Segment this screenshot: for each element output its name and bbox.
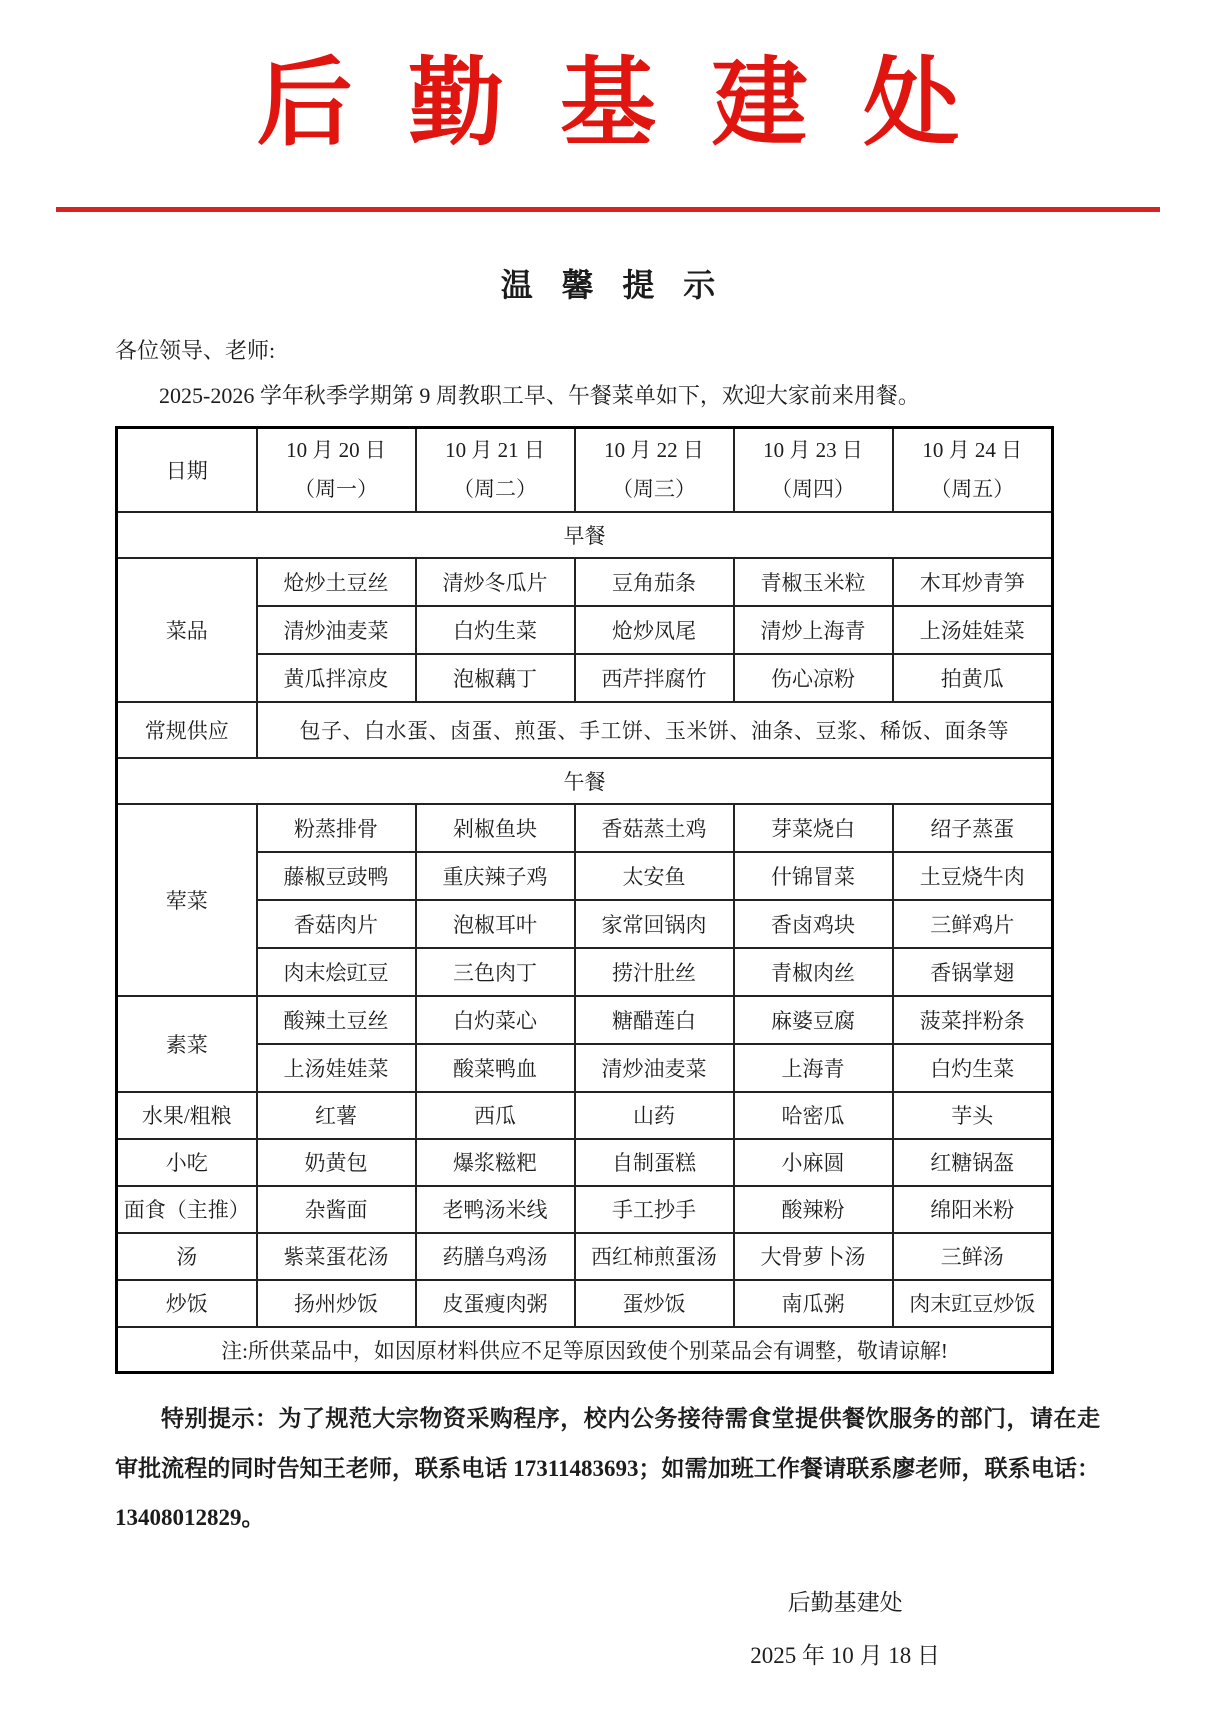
- menu-cell: 香锅掌翅: [893, 948, 1053, 996]
- day-cell: 10 月 24 日（周五）: [893, 427, 1053, 512]
- menu-cell: 捞汁肚丝: [575, 948, 734, 996]
- menu-cell: 泡椒耳叶: [416, 900, 575, 948]
- menu-cell: 炝炒凤尾: [575, 606, 734, 654]
- menu-cell: 大骨萝卜汤: [734, 1233, 893, 1280]
- menu-cell: 香卤鸡块: [734, 900, 893, 948]
- menu-cell: 三鲜鸡片: [893, 900, 1053, 948]
- menu-cell: 肉末豇豆炒饭: [893, 1280, 1053, 1327]
- menu-cell: 白灼生菜: [416, 606, 575, 654]
- menu-cell: 香菇蒸土鸡: [575, 804, 734, 852]
- special-notice: 特别提示：为了规范大宗物资采购程序，校内公务接待需食堂提供餐饮服务的部门，请在走…: [115, 1394, 1100, 1542]
- menu-cell: 自制蛋糕: [575, 1139, 734, 1186]
- document-page: 后勤基建处 温馨提示 各位领导、老师: 2025-2026 学年秋季学期第 9 …: [0, 0, 1216, 1709]
- notice-body: 各位领导、老师: 2025-2026 学年秋季学期第 9 周教职工早、午餐菜单如…: [115, 334, 1100, 1543]
- menu-cell: 绍子蒸蛋: [893, 804, 1053, 852]
- breakfast-dish-row: 菜品 炝炒土豆丝 清炒冬瓜片 豆角茄条 青椒玉米粒 木耳炒青笋: [117, 558, 1053, 606]
- menu-cell: 泡椒藕丁: [416, 654, 575, 702]
- menu-cell: 紫菜蛋花汤: [257, 1233, 416, 1280]
- extra-row: 水果/粗粮 红薯 西瓜 山药 哈密瓜 芋头: [117, 1092, 1053, 1139]
- extra-row: 炒饭 扬州炒饭 皮蛋瘦肉粥 蛋炒饭 南瓜粥 肉末豇豆炒饭: [117, 1280, 1053, 1327]
- regular-supply-value: 包子、白水蛋、卤蛋、煎蛋、手工饼、玉米饼、油条、豆浆、稀饭、面条等: [257, 702, 1053, 758]
- menu-cell: 粉蒸排骨: [257, 804, 416, 852]
- extra-row: 小吃 奶黄包 爆浆糍粑 自制蛋糕 小麻圆 红糖锅盔: [117, 1139, 1053, 1186]
- meat-dish-row: 藤椒豆豉鸭 重庆辣子鸡 太安鱼 什锦冒菜 土豆烧牛肉: [117, 852, 1053, 900]
- menu-cell: 蛋炒饭: [575, 1280, 734, 1327]
- menu-cell: 酸辣粉: [734, 1186, 893, 1233]
- intro-line: 2025-2026 学年秋季学期第 9 周教职工早、午餐菜单如下，欢迎大家前来用…: [115, 379, 1100, 410]
- menu-cell: 重庆辣子鸡: [416, 852, 575, 900]
- day-cell: 10 月 21 日（周二）: [416, 427, 575, 512]
- menu-cell: 太安鱼: [575, 852, 734, 900]
- menu-cell: 酸菜鸭血: [416, 1044, 575, 1092]
- meat-label: 荤菜: [117, 804, 257, 996]
- day-date: 10 月 20 日: [262, 438, 411, 463]
- menu-cell: 清炒冬瓜片: [416, 558, 575, 606]
- menu-cell: 伤心凉粉: [734, 654, 893, 702]
- signature-block: 后勤基建处 2025 年 10 月 18 日: [750, 1577, 940, 1683]
- menu-cell: 芽菜烧白: [734, 804, 893, 852]
- menu-cell: 白灼菜心: [416, 996, 575, 1044]
- regular-supply-label: 常规供应: [117, 702, 257, 758]
- menu-cell: 家常回锅肉: [575, 900, 734, 948]
- menu-cell: 土豆烧牛肉: [893, 852, 1053, 900]
- menu-cell: 木耳炒青笋: [893, 558, 1053, 606]
- extra-row-label: 汤: [117, 1233, 257, 1280]
- signature-date: 2025 年 10 月 18 日: [750, 1630, 940, 1683]
- menu-cell: 青椒玉米粒: [734, 558, 893, 606]
- menu-note: 注:所供菜品中，如因原材料供应不足等原因致使个别菜品会有调整，敬请谅解!: [117, 1327, 1053, 1373]
- menu-cell: 剁椒鱼块: [416, 804, 575, 852]
- day-weekday: （周一）: [262, 477, 411, 502]
- meat-dish-row: 肉末烩豇豆 三色肉丁 捞汁肚丝 青椒肉丝 香锅掌翅: [117, 948, 1053, 996]
- menu-cell: 皮蛋瘦肉粥: [416, 1280, 575, 1327]
- menu-cell: 上汤娃娃菜: [893, 606, 1053, 654]
- menu-cell: 杂酱面: [257, 1186, 416, 1233]
- extra-row-label: 面食（主推）: [117, 1186, 257, 1233]
- menu-cell: 小麻圆: [734, 1139, 893, 1186]
- menu-cell: 什锦冒菜: [734, 852, 893, 900]
- day-date: 10 月 22 日: [580, 438, 729, 463]
- menu-cell: 爆浆糍粑: [416, 1139, 575, 1186]
- signature-department: 后勤基建处: [750, 1577, 940, 1630]
- menu-cell: 西芹拌腐竹: [575, 654, 734, 702]
- menu-cell: 三色肉丁: [416, 948, 575, 996]
- veg-dish-row: 素菜 酸辣土豆丝 白灼菜心 糖醋莲白 麻婆豆腐 菠菜拌粉条: [117, 996, 1053, 1044]
- menu-cell: 清炒油麦菜: [257, 606, 416, 654]
- menu-cell: 三鲜汤: [893, 1233, 1053, 1280]
- veg-dish-row: 上汤娃娃菜 酸菜鸭血 清炒油麦菜 上海青 白灼生菜: [117, 1044, 1053, 1092]
- day-cell: 10 月 23 日（周四）: [734, 427, 893, 512]
- extra-row: 面食（主推） 杂酱面 老鸭汤米线 手工抄手 酸辣粉 绵阳米粉: [117, 1186, 1053, 1233]
- day-weekday: （周四）: [739, 477, 888, 502]
- day-date: 10 月 24 日: [898, 438, 1048, 463]
- menu-cell: 西瓜: [416, 1092, 575, 1139]
- menu-cell: 奶黄包: [257, 1139, 416, 1186]
- day-weekday: （周三）: [580, 477, 729, 502]
- extra-row-label: 小吃: [117, 1139, 257, 1186]
- menu-cell: 豆角茄条: [575, 558, 734, 606]
- menu-cell: 西红柿煎蛋汤: [575, 1233, 734, 1280]
- letterhead-title: 后勤基建处: [0, 42, 1216, 167]
- menu-cell: 手工抄手: [575, 1186, 734, 1233]
- menu-cell: 糖醋莲白: [575, 996, 734, 1044]
- extra-row: 汤 紫菜蛋花汤 药膳乌鸡汤 西红柿煎蛋汤 大骨萝卜汤 三鲜汤: [117, 1233, 1053, 1280]
- day-cell: 10 月 20 日（周一）: [257, 427, 416, 512]
- breakfast-dish-row: 清炒油麦菜 白灼生菜 炝炒凤尾 清炒上海青 上汤娃娃菜: [117, 606, 1053, 654]
- menu-cell: 药膳乌鸡汤: [416, 1233, 575, 1280]
- menu-table: 日期 10 月 20 日（周一） 10 月 21 日（周二） 10 月 22 日…: [115, 426, 1054, 1375]
- menu-cell: 山药: [575, 1092, 734, 1139]
- breakfast-banner-row: 早餐: [117, 512, 1053, 558]
- menu-cell: 老鸭汤米线: [416, 1186, 575, 1233]
- menu-cell: 上汤娃娃菜: [257, 1044, 416, 1092]
- date-label-cell: 日期: [117, 427, 257, 512]
- menu-cell: 藤椒豆豉鸭: [257, 852, 416, 900]
- meat-dish-row: 香菇肉片 泡椒耳叶 家常回锅肉 香卤鸡块 三鲜鸡片: [117, 900, 1053, 948]
- day-cell: 10 月 22 日（周三）: [575, 427, 734, 512]
- menu-cell: 上海青: [734, 1044, 893, 1092]
- menu-cell: 菠菜拌粉条: [893, 996, 1053, 1044]
- menu-cell: 红薯: [257, 1092, 416, 1139]
- menu-cell: 芋头: [893, 1092, 1053, 1139]
- menu-cell: 南瓜粥: [734, 1280, 893, 1327]
- menu-cell: 肉末烩豇豆: [257, 948, 416, 996]
- regular-supply-row: 常规供应 包子、白水蛋、卤蛋、煎蛋、手工饼、玉米饼、油条、豆浆、稀饭、面条等: [117, 702, 1053, 758]
- notice-title: 温馨提示: [0, 260, 1216, 306]
- letterhead-divider: [56, 207, 1160, 212]
- menu-cell: 麻婆豆腐: [734, 996, 893, 1044]
- menu-cell: 白灼生菜: [893, 1044, 1053, 1092]
- date-header-row: 日期 10 月 20 日（周一） 10 月 21 日（周二） 10 月 22 日…: [117, 427, 1053, 512]
- veg-label: 素菜: [117, 996, 257, 1092]
- menu-cell: 绵阳米粉: [893, 1186, 1053, 1233]
- menu-cell: 香菇肉片: [257, 900, 416, 948]
- greeting-line: 各位领导、老师:: [115, 334, 1100, 365]
- menu-cell: 哈密瓜: [734, 1092, 893, 1139]
- menu-cell: 扬州炒饭: [257, 1280, 416, 1327]
- lunch-banner: 午餐: [117, 758, 1053, 804]
- lunch-banner-row: 午餐: [117, 758, 1053, 804]
- day-weekday: （周五）: [898, 477, 1048, 502]
- day-weekday: （周二）: [421, 477, 570, 502]
- breakfast-dish-row: 黄瓜拌凉皮 泡椒藕丁 西芹拌腐竹 伤心凉粉 拍黄瓜: [117, 654, 1053, 702]
- breakfast-dishes-label: 菜品: [117, 558, 257, 702]
- menu-cell: 清炒油麦菜: [575, 1044, 734, 1092]
- extra-row-label: 水果/粗粮: [117, 1092, 257, 1139]
- menu-cell: 青椒肉丝: [734, 948, 893, 996]
- note-row: 注:所供菜品中，如因原材料供应不足等原因致使个别菜品会有调整，敬请谅解!: [117, 1327, 1053, 1373]
- day-date: 10 月 21 日: [421, 438, 570, 463]
- extra-row-label: 炒饭: [117, 1280, 257, 1327]
- day-date: 10 月 23 日: [739, 438, 888, 463]
- breakfast-banner: 早餐: [117, 512, 1053, 558]
- menu-cell: 拍黄瓜: [893, 654, 1053, 702]
- menu-cell: 黄瓜拌凉皮: [257, 654, 416, 702]
- meat-dish-row: 荤菜 粉蒸排骨 剁椒鱼块 香菇蒸土鸡 芽菜烧白 绍子蒸蛋: [117, 804, 1053, 852]
- menu-cell: 炝炒土豆丝: [257, 558, 416, 606]
- menu-cell: 红糖锅盔: [893, 1139, 1053, 1186]
- menu-cell: 酸辣土豆丝: [257, 996, 416, 1044]
- menu-cell: 清炒上海青: [734, 606, 893, 654]
